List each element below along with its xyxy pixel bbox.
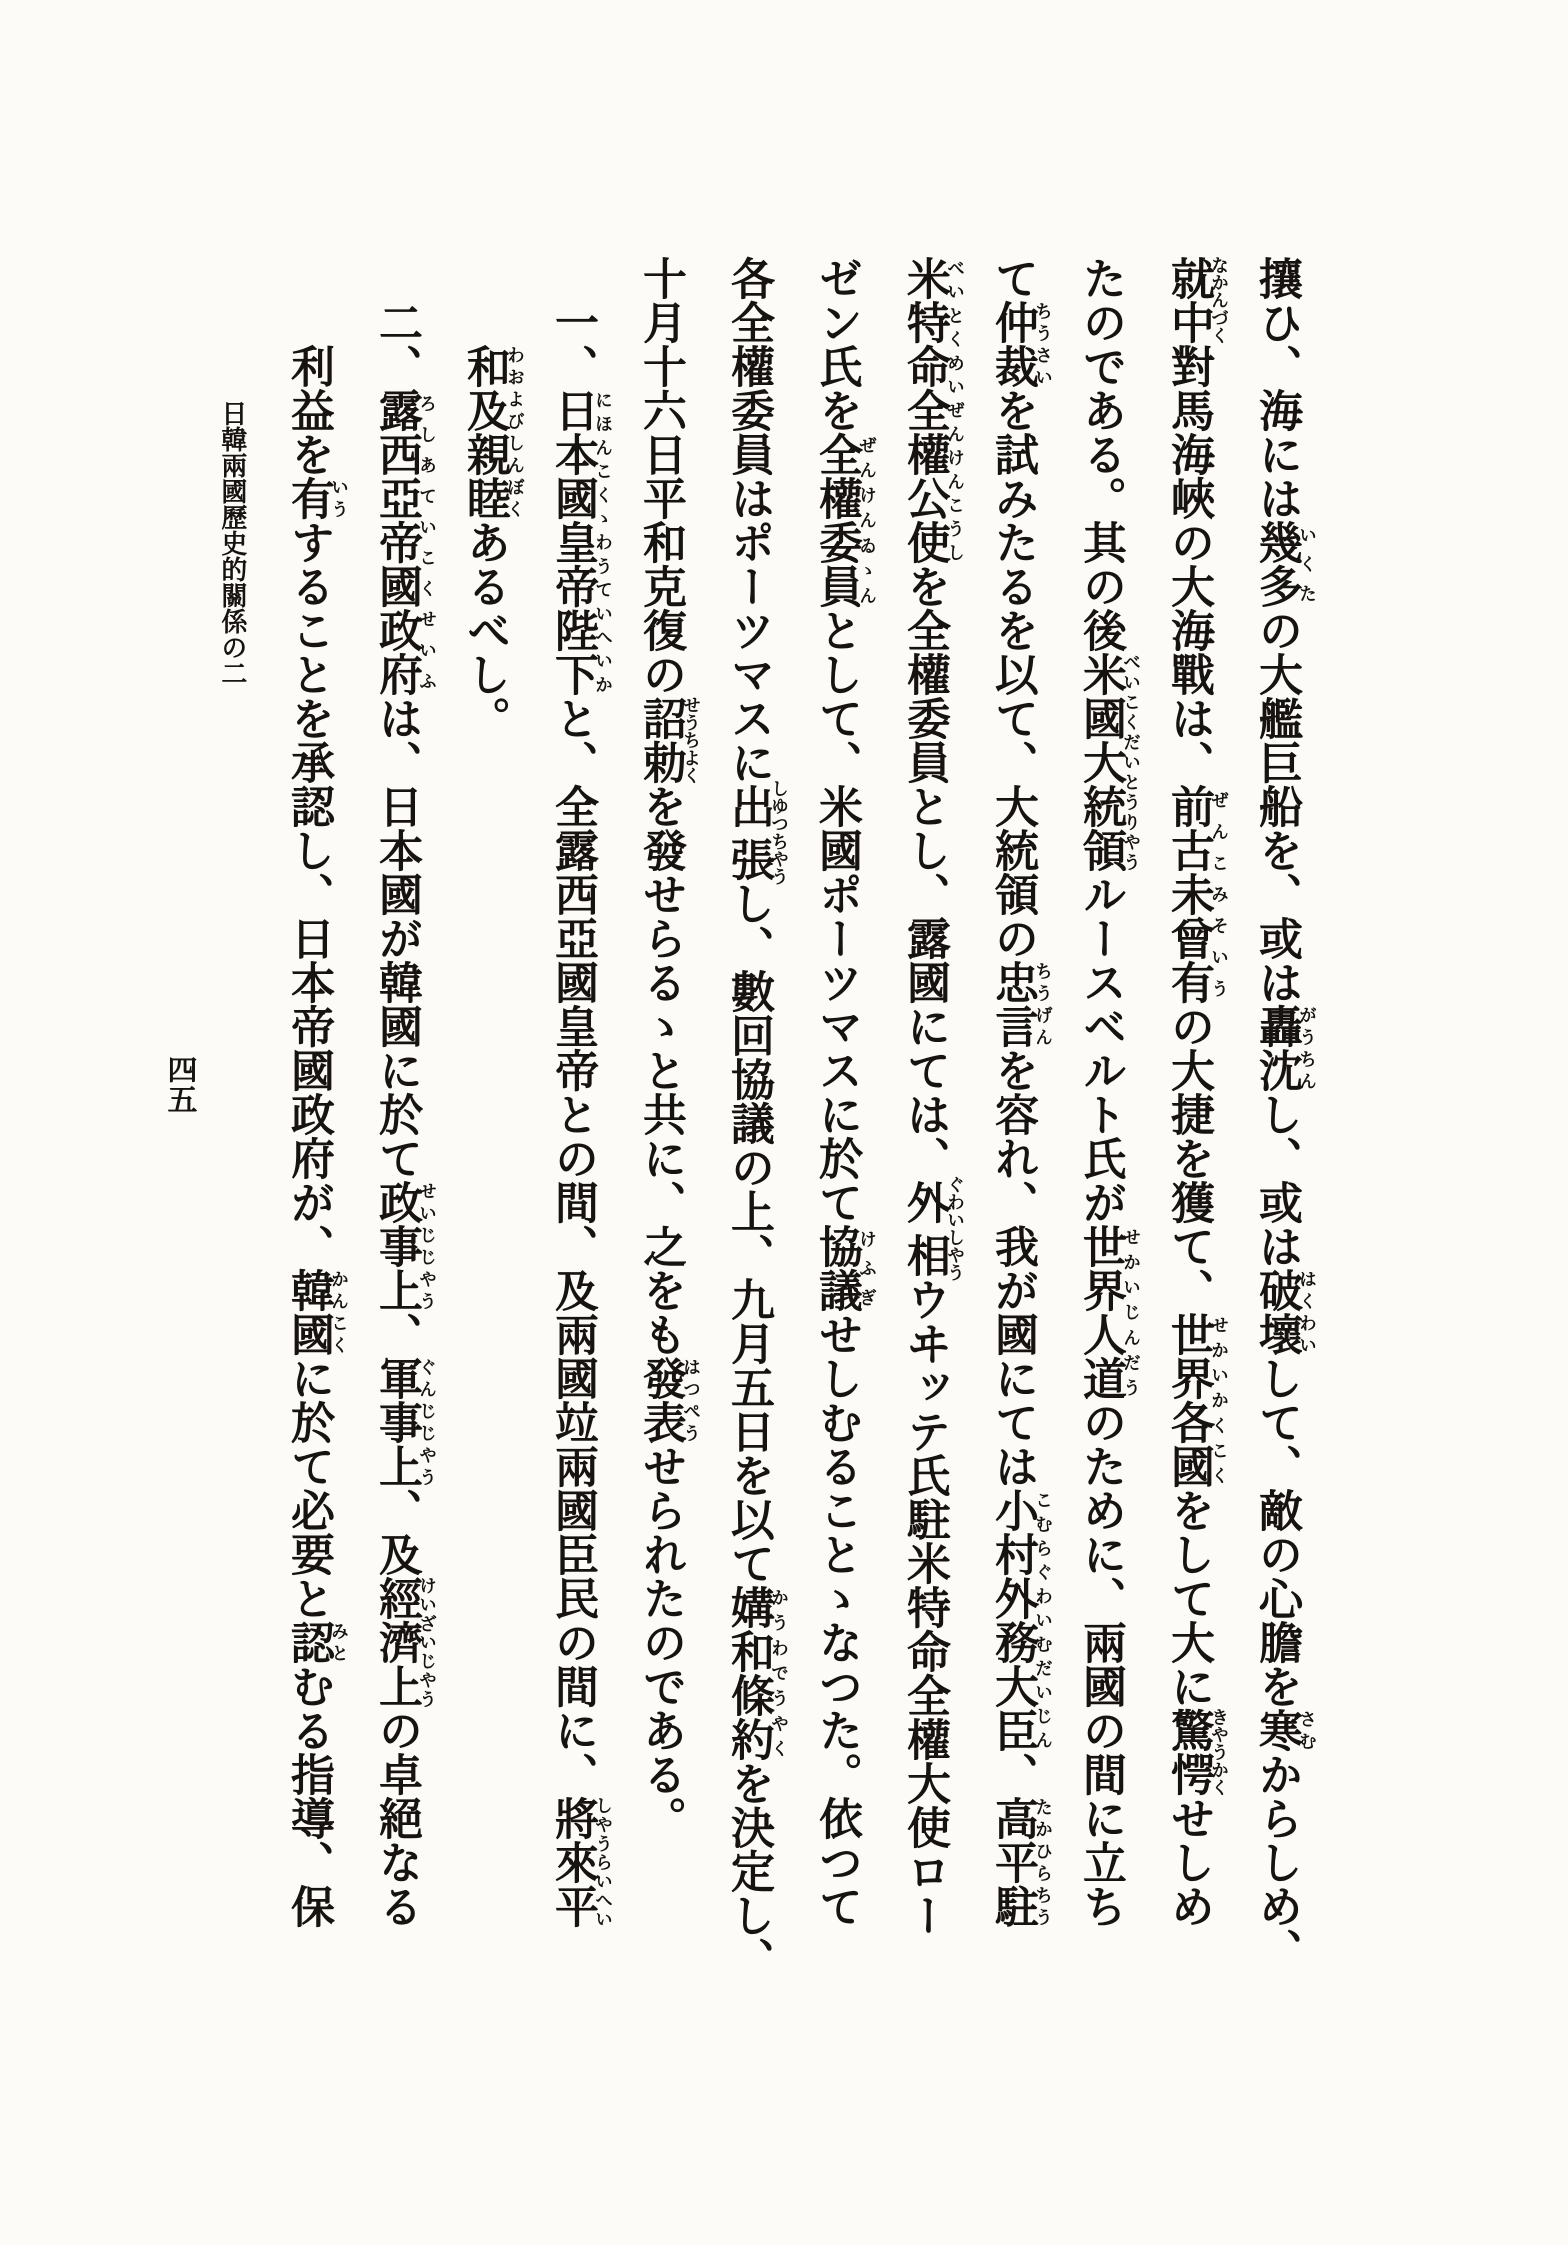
text-column: て仲裁ちうさいを試みたるを以て、大統領の忠言ちうげんを容れ、我が國にては小村外務… xyxy=(968,256,1056,2020)
text-column: たのである。其の後米國大統領べいこくだいとうりやうルースベルト氏が世界人道せかい… xyxy=(1056,256,1144,2020)
ruby-word: 全權委員ぜんけんゐゝん xyxy=(812,432,861,608)
ruby-word: 仲裁ちうさい xyxy=(988,300,1037,388)
ruby-word: 破壞はくわい xyxy=(1252,1268,1301,1356)
ruby-word: 出張しゆつちやう xyxy=(724,784,773,881)
ruby-word: 驚愕きやうかく xyxy=(1164,1708,1213,1796)
ruby-word: 米特命全權公使べいとくめいぜんけんこうし xyxy=(900,256,949,564)
ruby-word: 發表はつぺう xyxy=(636,1356,685,1444)
ruby-word: 媾和條約かうわでうやく xyxy=(724,1585,773,1761)
ruby-word: 就中なかんづく xyxy=(1164,256,1213,344)
text-column: 利益を有いうすることを承認し、日本帝國政府が、韓國かんこくに於て必要と認みとむる… xyxy=(264,256,352,2108)
page-number: 四五 xyxy=(161,1054,196,1114)
ruby-word: 寒さむ xyxy=(1252,1708,1301,1752)
ruby-word: 小村外務大臣こむらぐわいむだいじん xyxy=(988,1488,1037,1752)
ruby-word: 有いう xyxy=(284,476,333,520)
text-column: 就中なかんづく對馬海峽の大海戰は、前古未曾有ぜんこみそいうの大捷を獲て、世界各國… xyxy=(1144,256,1232,2020)
ruby-word: 經濟上けいざいじやう xyxy=(372,1576,421,1708)
ruby-word: 前古未曾有ぜんこみそいう xyxy=(1164,784,1213,1004)
ruby-word: 幾多いくた xyxy=(1252,520,1301,608)
ruby-word: 露西亞帝國政府ろしあていこくせいふ xyxy=(372,388,421,696)
text-column: 各全權委員はポーツマスに出張しゆつちやうし、數回協議の上、九月五日を以て媾和條約… xyxy=(704,256,792,2020)
ruby-word: 將來平しやうらいへい xyxy=(548,1796,597,1928)
text-column: 攘ひ、海には幾多いくたの大艦巨船を、或は轟沈がうちんし、或は破壞はくわいして、敵… xyxy=(1232,256,1320,2020)
text-column: ゼン氏を全權委員ぜんけんゐゝんとして、米國ポーツマスに於て協議けふぎせしむること… xyxy=(792,256,880,2020)
ruby-word: 和及親睦わおよびしんぼく xyxy=(460,344,509,520)
ruby-word: 日本國皇帝陛下にほんこくゝわうていへいか xyxy=(548,388,597,696)
ruby-word: 認みと xyxy=(284,1620,333,1664)
ruby-word: 高平駐たかひらちう xyxy=(988,1796,1037,1928)
ruby-word: 外相ぐわいしやう xyxy=(900,1180,949,1277)
margin-title: 日韓兩國歷史的關係の二 xyxy=(217,400,247,686)
ruby-word: 軍事上ぐんじじやう xyxy=(372,1356,421,1488)
ruby-word: 政事上せいじじやう xyxy=(372,1180,421,1312)
ruby-word: 轟沈がうちん xyxy=(1252,1004,1301,1092)
text-column: 一、日本國皇帝陛下にほんこくゝわうていへいかと、全露西亞國皇帝との間、及兩國竝兩… xyxy=(528,256,616,2064)
ruby-word: 詔勅せうちよく xyxy=(636,696,685,784)
scanned-book-page: 攘ひ、海には幾多いくたの大艦巨船を、或は轟沈がうちんし、或は破壞はくわいして、敵… xyxy=(0,0,1568,2245)
ruby-word: 韓國かんこく xyxy=(284,1268,333,1356)
text-block: 攘ひ、海には幾多いくたの大艦巨船を、或は轟沈がうちんし、或は破壞はくわいして、敵… xyxy=(264,256,1320,2020)
ruby-word: 米國大統領べいこくだいとうりやう xyxy=(1076,652,1125,872)
text-column: 米特命全權公使べいとくめいぜんけんこうしを全權委員とし、露國にては、外相ぐわいし… xyxy=(880,256,968,2020)
ruby-word: 忠言ちうげん xyxy=(988,960,1037,1048)
ruby-word: 世界各國せかいかくこく xyxy=(1164,1312,1213,1488)
text-column: 二、露西亞帝國政府ろしあていこくせいふは、日本國が韓國に於て政事上せいじじやう、… xyxy=(352,256,440,2064)
ruby-word: 世界人道せかいじんだう xyxy=(1076,1224,1125,1400)
ruby-word: 協議けふぎ xyxy=(812,1224,861,1312)
text-column: 十月十六日平和克復の詔勅せうちよくを發せらるゝと共に、之をも發表はつぺうせられた… xyxy=(616,256,704,2020)
text-column: 和及親睦わおよびしんぼくあるべし。 xyxy=(440,256,528,2108)
